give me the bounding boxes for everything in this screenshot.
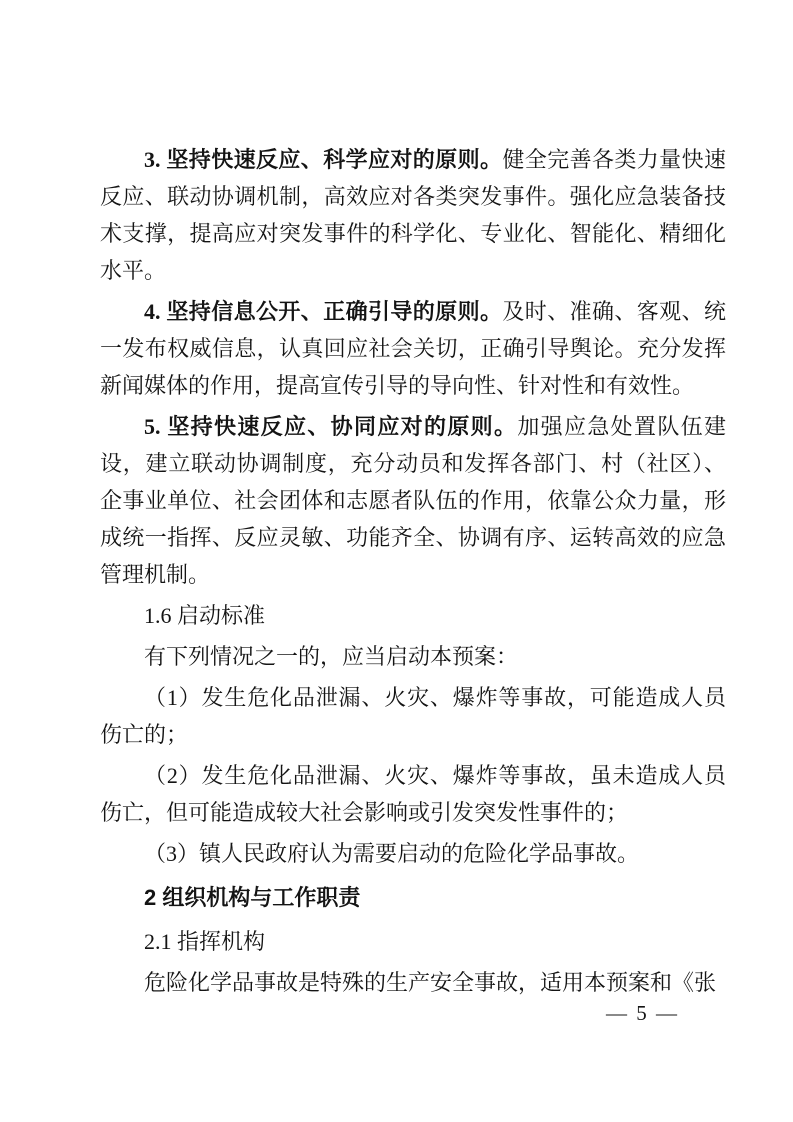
paragraph-principle-3: 3. 坚持快速反应、科学应对的原则。健全完善各类力量快速反应、联动协调机制，高效… xyxy=(100,141,726,289)
paragraph-bold-lead: 4. 坚持信息公开、正确引导的原则。 xyxy=(144,299,502,324)
subsection-heading-2-1: 2.1 指挥机构 xyxy=(100,923,726,960)
document-page: 3. 坚持快速反应、科学应对的原则。健全完善各类力量快速反应、联动协调机制，高效… xyxy=(0,0,793,1122)
page-number: — 5 — xyxy=(606,999,679,1027)
section-heading-2: 2 组织机构与工作职责 xyxy=(100,879,726,916)
paragraph-trigger-3: （3）镇人民政府认为需要启动的危险化学品事故。 xyxy=(100,835,726,872)
subsection-heading-1-6: 1.6 启动标准 xyxy=(100,597,726,634)
paragraph-principle-5: 5. 坚持快速反应、协同应对的原则。加强应急处置队伍建设，建立联动协调制度，充分… xyxy=(100,408,726,593)
paragraph-trigger-2: （2）发生危化品泄漏、火灾、爆炸等事故，虽未造成人员伤亡，但可能造成较大社会影响… xyxy=(100,757,726,831)
paragraph-text: 加强应急处置队伍建设，建立联动协调制度，充分动员和发挥各部门、村（社区）、企事业… xyxy=(100,414,726,587)
paragraph-bold-lead: 3. 坚持快速反应、科学应对的原则。 xyxy=(144,147,502,172)
paragraph-principle-4: 4. 坚持信息公开、正确引导的原则。及时、准确、客观、统一发布权威信息，认真回应… xyxy=(100,293,726,404)
paragraph-trigger-intro: 有下列情况之一的，应当启动本预案： xyxy=(100,638,726,675)
paragraph-bold-lead: 5. 坚持快速反应、协同应对的原则。 xyxy=(144,414,517,439)
paragraph-command-body: 危险化学品事故是特殊的生产安全事故，适用本预案和《张 xyxy=(100,964,726,1001)
paragraph-trigger-1: （1）发生危化品泄漏、火灾、爆炸等事故，可能造成人员伤亡的； xyxy=(100,679,726,753)
page-content: 3. 坚持快速反应、科学应对的原则。健全完善各类力量快速反应、联动协调机制，高效… xyxy=(100,141,726,1005)
